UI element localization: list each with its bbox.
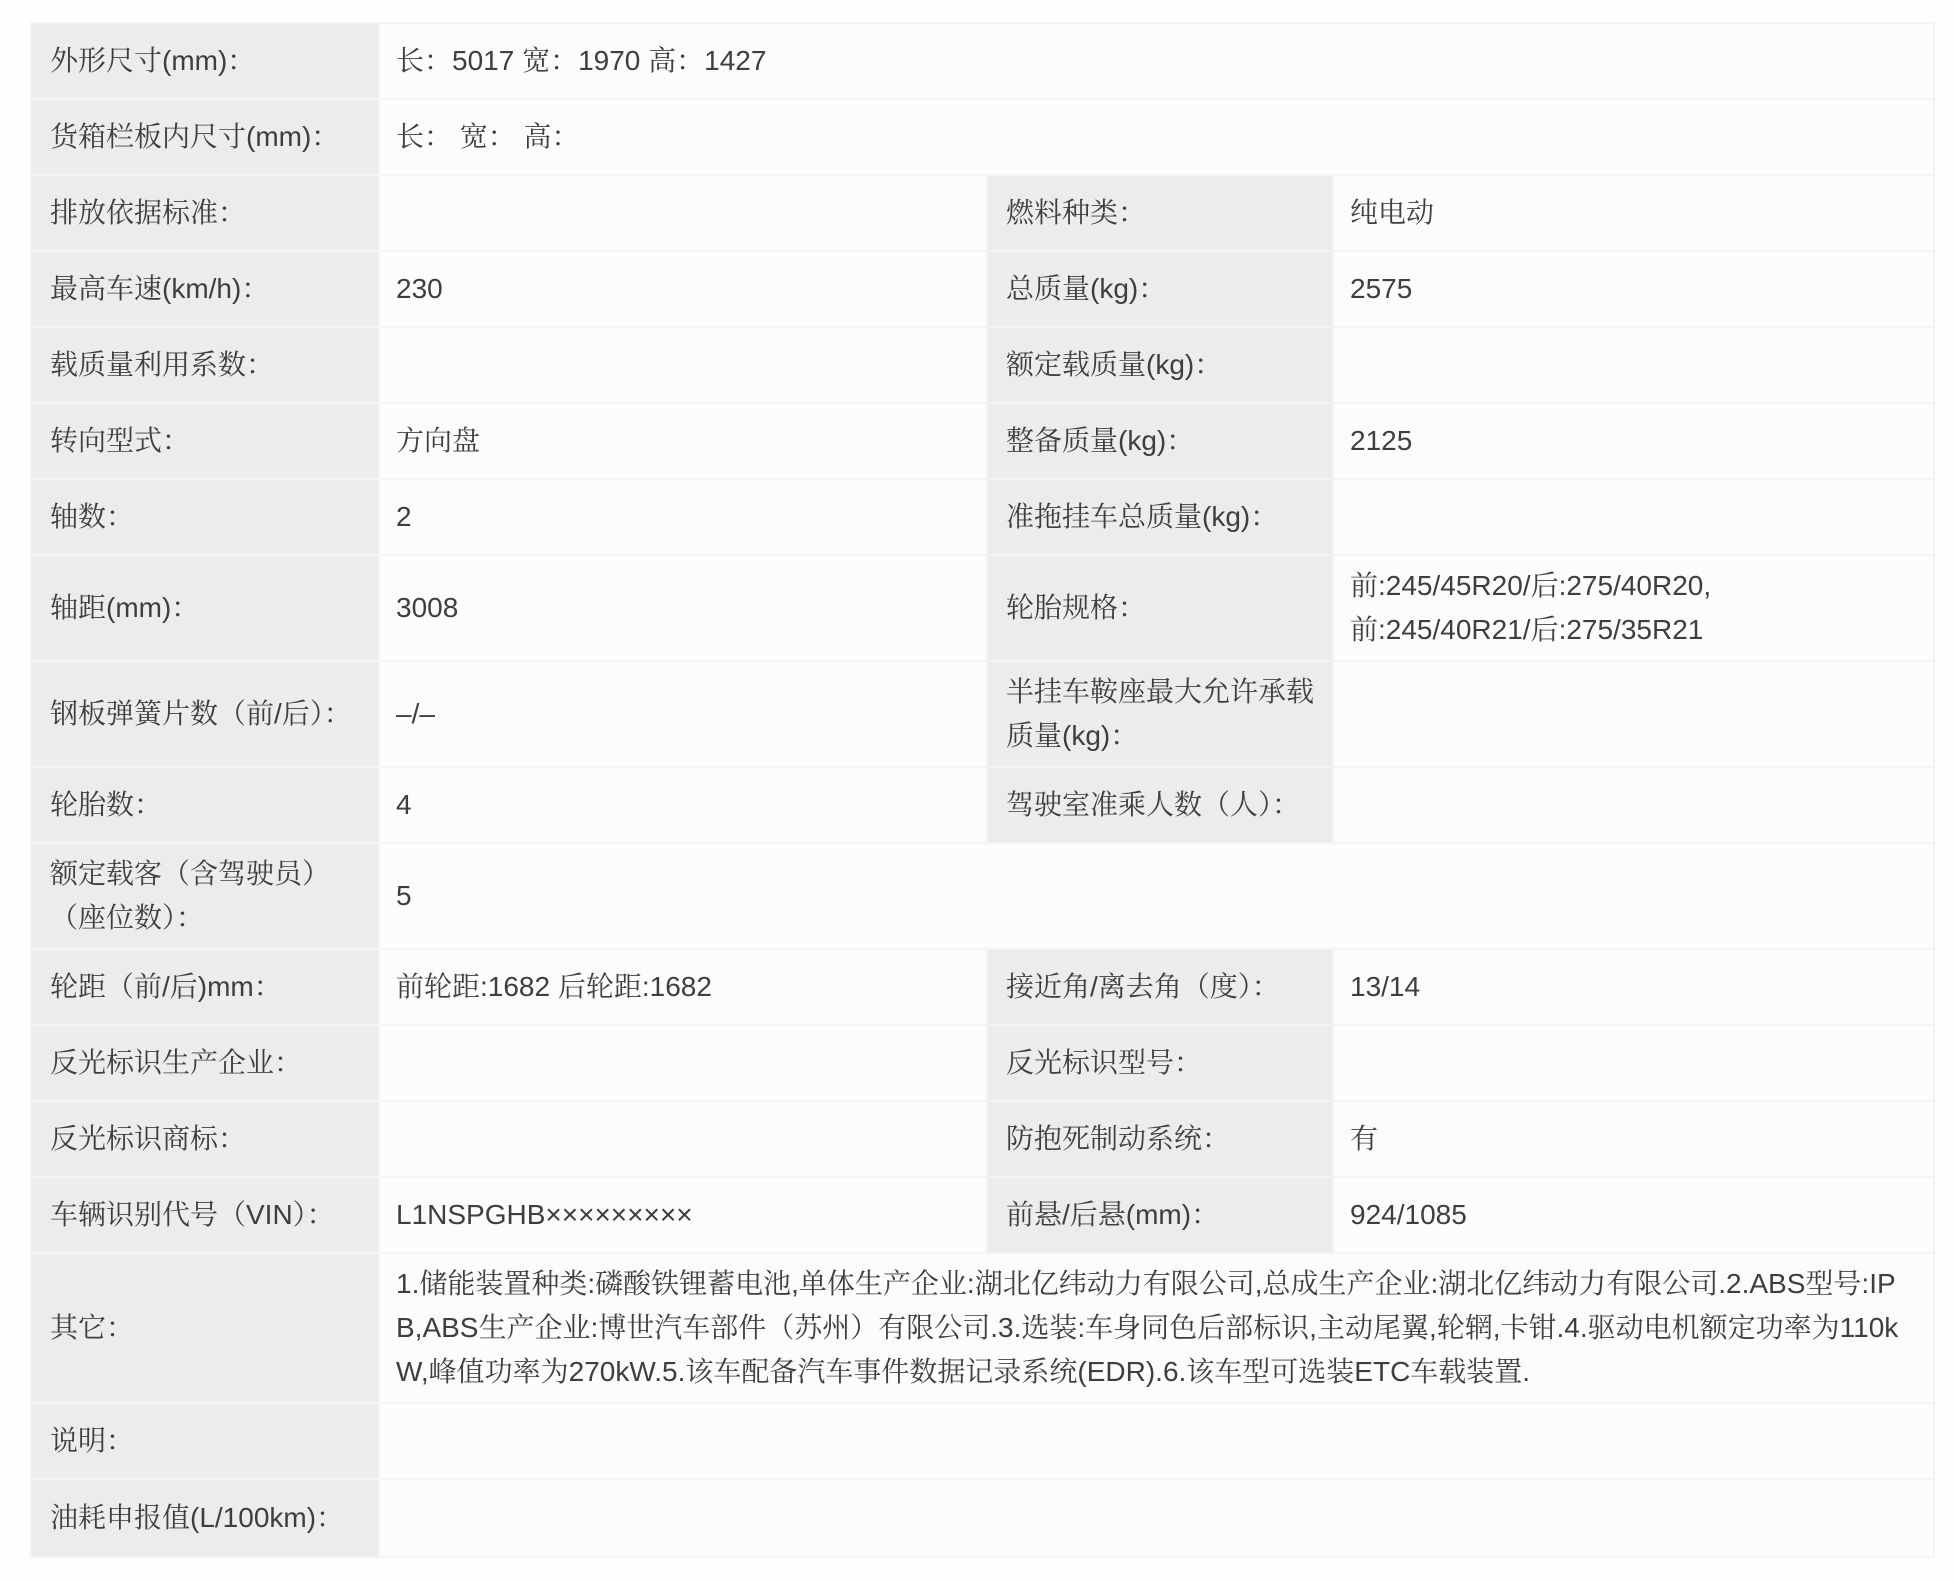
spec-row: 说明： (32, 1404, 1933, 1478)
spec-value: 长：5017 宽：1970 高：1427 (380, 24, 1933, 98)
spec-value: 5 (380, 844, 1933, 948)
spec-row: 最高车速(km/h)：230总质量(kg)：2575 (32, 252, 1933, 326)
spec-value: 前轮距:1682 后轮距:1682 (380, 950, 986, 1024)
spec-value (380, 176, 986, 250)
spec-value (380, 328, 986, 402)
spec-row: 油耗申报值(L/100km)： (32, 1480, 1933, 1556)
spec-label: 最高车速(km/h)： (32, 252, 378, 326)
spec-value: 924/1085 (1334, 1178, 1933, 1252)
spec-row: 轴距(mm)：3008轮胎规格：前:245/45R20/后:275/40R20,… (32, 556, 1933, 660)
spec-value: 长： 宽： 高： (380, 100, 1933, 174)
spec-value: L1NSPGHB××××××××× (380, 1178, 986, 1252)
spec-value: 4 (380, 768, 986, 842)
spec-label: 轴距(mm)： (32, 556, 378, 660)
spec-label: 反光标识商标： (32, 1102, 378, 1176)
spec-label: 载质量利用系数： (32, 328, 378, 402)
spec-row: 货箱栏板内尺寸(mm)：长： 宽： 高： (32, 100, 1933, 174)
spec-row: 反光标识商标：防抱死制动系统：有 (32, 1102, 1933, 1176)
spec-label: 排放依据标准： (32, 176, 378, 250)
spec-value (1334, 1026, 1933, 1100)
spec-value: 230 (380, 252, 986, 326)
spec-label: 外形尺寸(mm)： (32, 24, 378, 98)
spec-label: 油耗申报值(L/100km)： (32, 1480, 378, 1556)
spec-value: 纯电动 (1334, 176, 1933, 250)
spec-value (1334, 662, 1933, 766)
spec-label: 接近角/离去角（度）： (988, 950, 1332, 1024)
spec-value: 13/14 (1334, 950, 1933, 1024)
spec-value (380, 1026, 986, 1100)
vehicle-spec-page: 外形尺寸(mm)：长：5017 宽：1970 高：1427货箱栏板内尺寸(mm)… (0, 0, 1954, 1582)
spec-value (1334, 768, 1933, 842)
spec-row: 外形尺寸(mm)：长：5017 宽：1970 高：1427 (32, 24, 1933, 98)
spec-label: 轮胎数： (32, 768, 378, 842)
spec-row: 排放依据标准：燃料种类：纯电动 (32, 176, 1933, 250)
spec-row: 载质量利用系数：额定载质量(kg)： (32, 328, 1933, 402)
spec-value: 方向盘 (380, 404, 986, 478)
spec-label: 反光标识生产企业： (32, 1026, 378, 1100)
spec-label: 轮胎规格： (988, 556, 1332, 660)
spec-label: 额定载质量(kg)： (988, 328, 1332, 402)
spec-row: 轴数：2准拖挂车总质量(kg)： (32, 480, 1933, 554)
spec-row: 钢板弹簧片数（前/后）：–/–半挂车鞍座最大允许承载 质量(kg)： (32, 662, 1933, 766)
spec-value (1334, 328, 1933, 402)
spec-label: 驾驶室准乘人数（人）： (988, 768, 1332, 842)
spec-value: 2575 (1334, 252, 1933, 326)
spec-row: 转向型式：方向盘整备质量(kg)：2125 (32, 404, 1933, 478)
spec-value: 1.储能装置种类:磷酸铁锂蓄电池,单体生产企业:湖北亿纬动力有限公司,总成生产企… (380, 1254, 1933, 1402)
spec-label: 其它： (32, 1254, 378, 1402)
spec-label: 车辆识别代号（VIN）： (32, 1178, 378, 1252)
spec-value: 2 (380, 480, 986, 554)
spec-label: 货箱栏板内尺寸(mm)： (32, 100, 378, 174)
spec-value (380, 1102, 986, 1176)
spec-value (380, 1480, 1933, 1556)
spec-label: 总质量(kg)： (988, 252, 1332, 326)
spec-value: 有 (1334, 1102, 1933, 1176)
spec-label: 前悬/后悬(mm)： (988, 1178, 1332, 1252)
spec-value: 3008 (380, 556, 986, 660)
spec-row: 轮胎数：4驾驶室准乘人数（人）： (32, 768, 1933, 842)
spec-value: 2125 (1334, 404, 1933, 478)
spec-row: 额定载客（含驾驶员） （座位数）：5 (32, 844, 1933, 948)
spec-label: 半挂车鞍座最大允许承载 质量(kg)： (988, 662, 1332, 766)
spec-label: 整备质量(kg)： (988, 404, 1332, 478)
spec-label: 额定载客（含驾驶员） （座位数）： (32, 844, 378, 948)
spec-table: 外形尺寸(mm)：长：5017 宽：1970 高：1427货箱栏板内尺寸(mm)… (30, 22, 1935, 1558)
spec-row: 其它：1.储能装置种类:磷酸铁锂蓄电池,单体生产企业:湖北亿纬动力有限公司,总成… (32, 1254, 1933, 1402)
spec-label: 钢板弹簧片数（前/后）： (32, 662, 378, 766)
spec-label: 说明： (32, 1404, 378, 1478)
spec-row: 轮距（前/后)mm：前轮距:1682 后轮距:1682接近角/离去角（度）：13… (32, 950, 1933, 1024)
spec-row: 反光标识生产企业：反光标识型号： (32, 1026, 1933, 1100)
spec-row: 车辆识别代号（VIN）：L1NSPGHB×××××××××前悬/后悬(mm)：9… (32, 1178, 1933, 1252)
spec-label: 防抱死制动系统： (988, 1102, 1332, 1176)
spec-label: 准拖挂车总质量(kg)： (988, 480, 1332, 554)
spec-value: 前:245/45R20/后:275/40R20, 前:245/40R21/后:2… (1334, 556, 1933, 660)
spec-value (380, 1404, 1933, 1478)
spec-label: 轮距（前/后)mm： (32, 950, 378, 1024)
spec-label: 轴数： (32, 480, 378, 554)
spec-label: 燃料种类： (988, 176, 1332, 250)
spec-value: –/– (380, 662, 986, 766)
spec-value (1334, 480, 1933, 554)
spec-label: 转向型式： (32, 404, 378, 478)
spec-label: 反光标识型号： (988, 1026, 1332, 1100)
